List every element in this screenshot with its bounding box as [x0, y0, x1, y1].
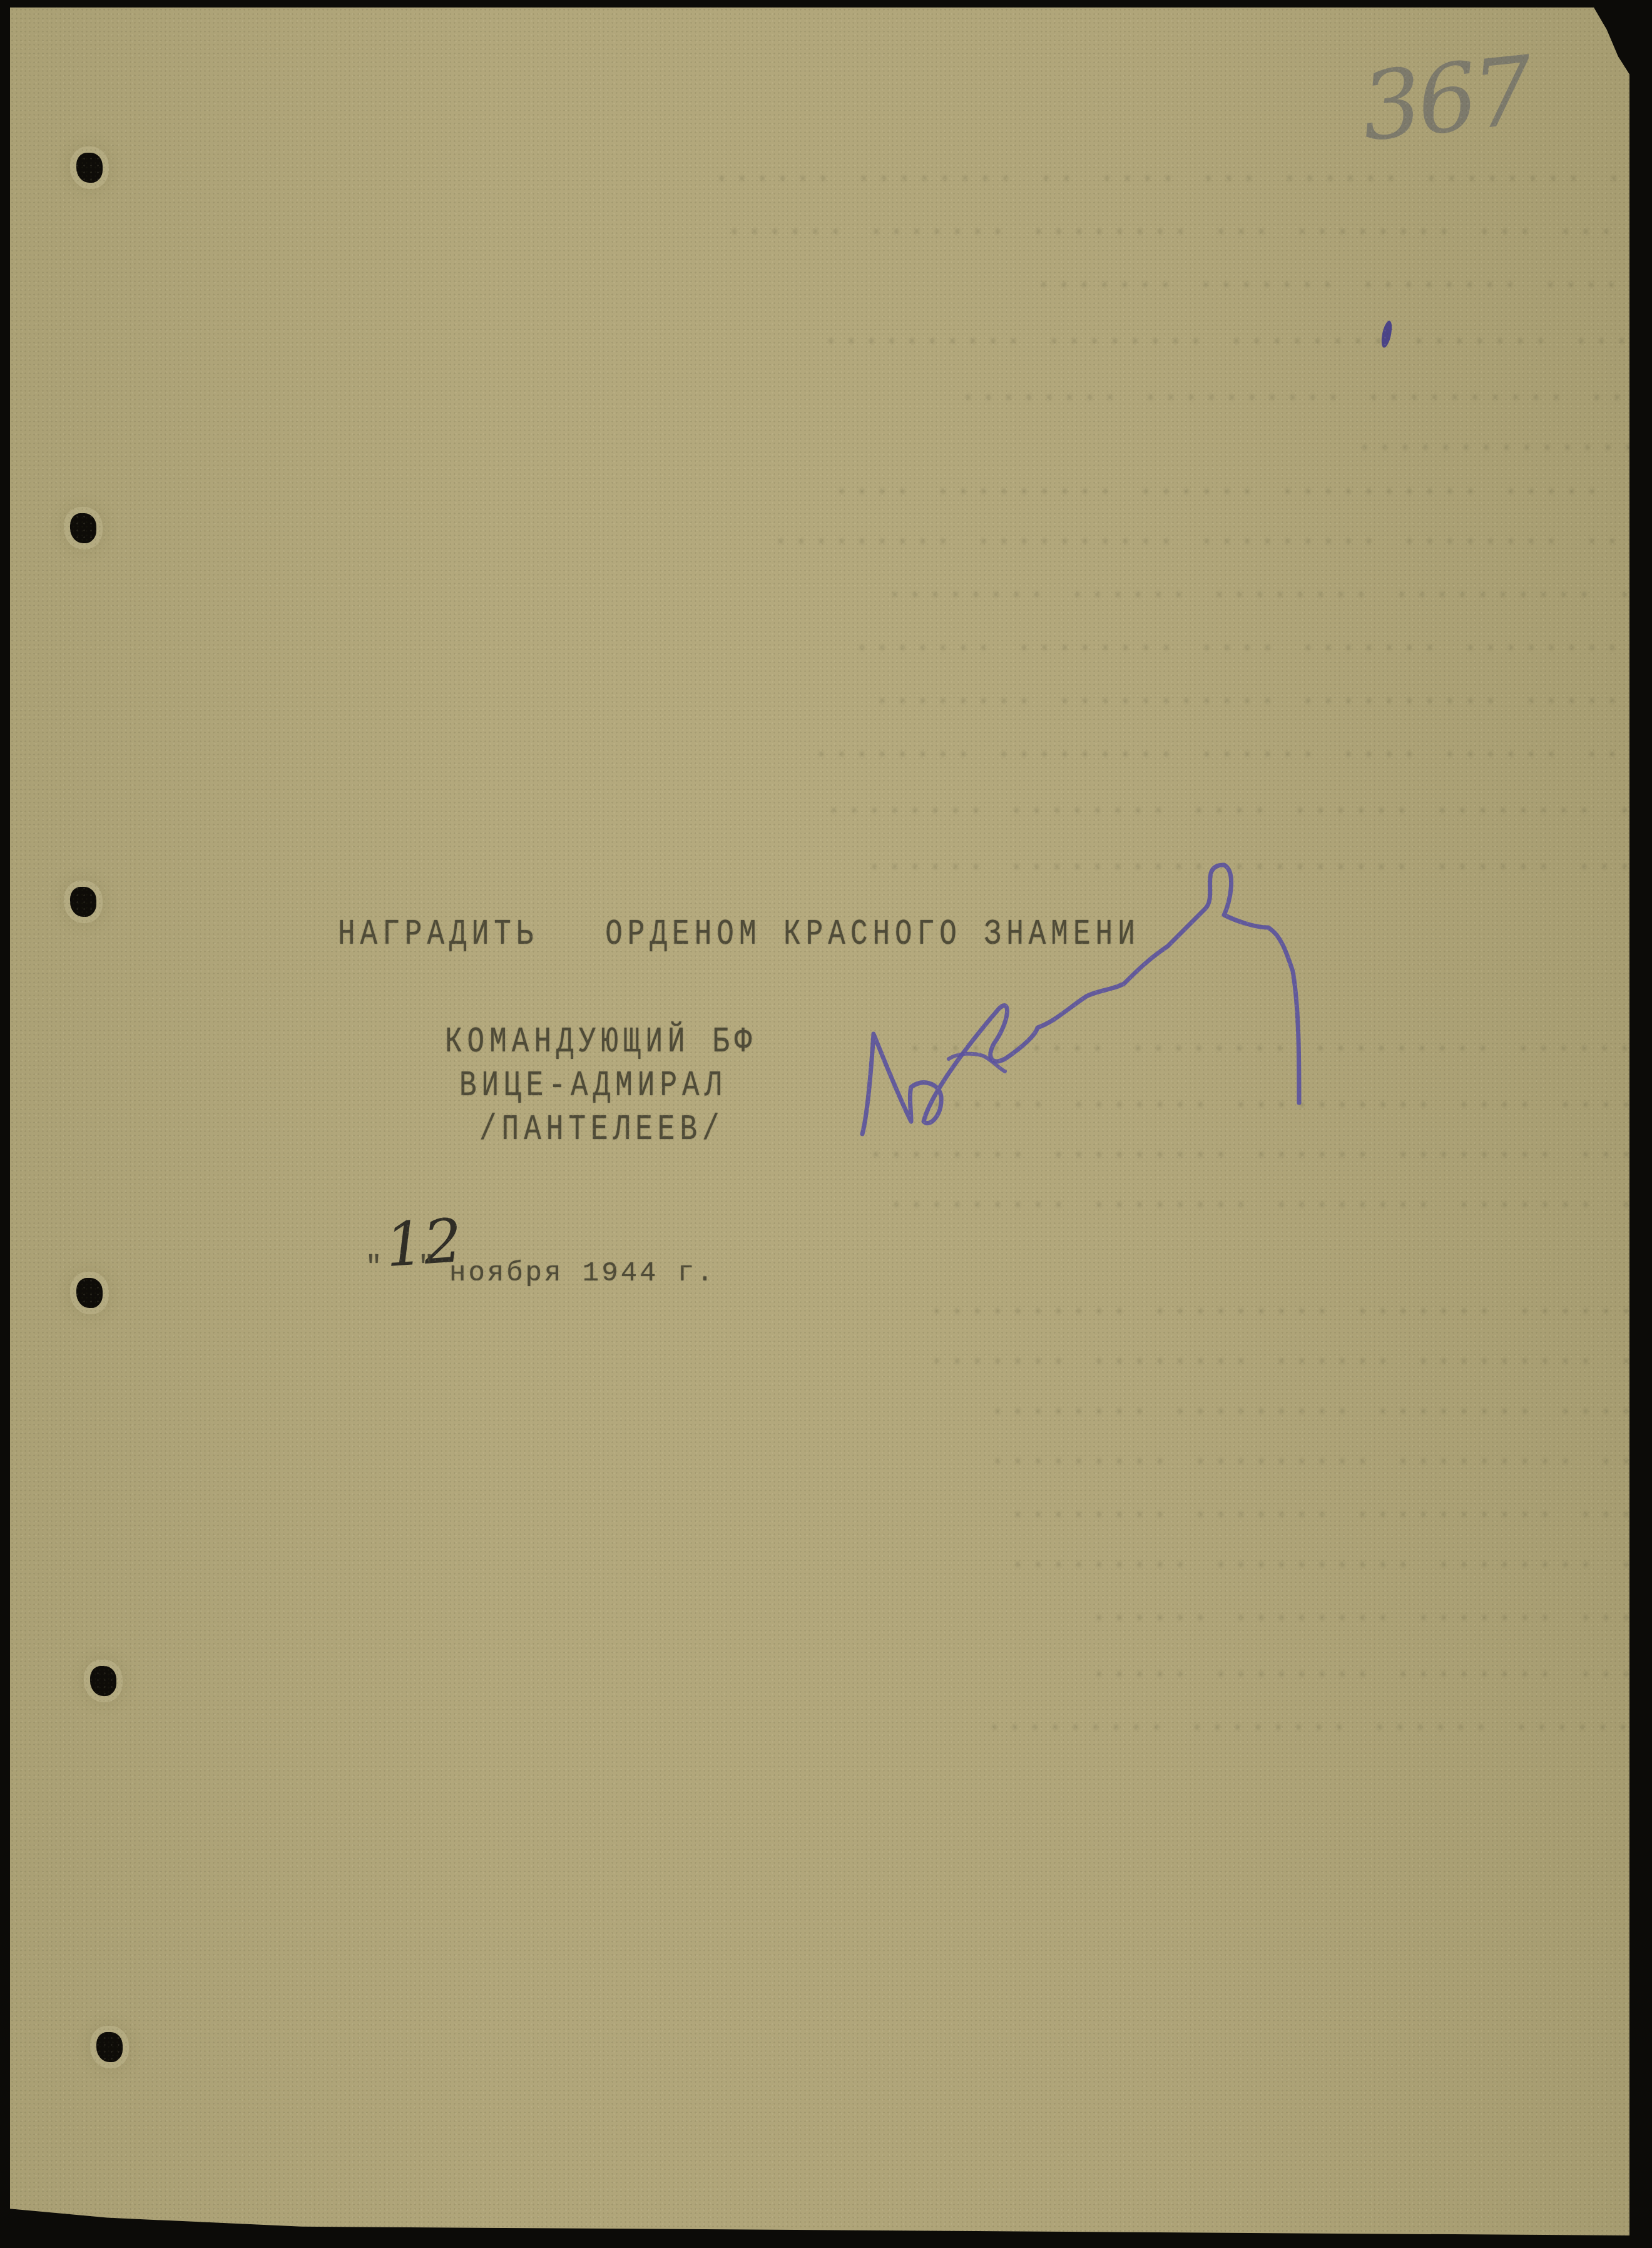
bleed-line: ......... ........ ......... ........ [116, 1391, 1652, 1422]
punch-hole [70, 513, 96, 543]
punch-hole [96, 2032, 123, 2062]
folio-number: 367 [1357, 36, 1535, 162]
bleed-line: ... ... .. ........ ...... ... .... .. .… [185, 158, 1652, 189]
bleed-line: ........ ........ ........ ..... [116, 1653, 1652, 1685]
punch-hole [76, 153, 103, 183]
bleed-line: ....... .......... ........ ...... .....… [135, 574, 1652, 605]
punch-hole [70, 887, 96, 917]
bleed-line: ...... ..... .......... ...... .........… [123, 471, 1652, 502]
bleed-line: ........ ........ ......... .......... .… [123, 521, 1652, 552]
signatory-position-line1: КОМАНДУЮЩИЙ БФ [445, 1021, 757, 1062]
bleed-line: ........ ...... .... ...... ......... ..… [123, 733, 1652, 765]
bleed-line: ........... .......... ........... .....… [123, 680, 1652, 712]
bleed-line: ........ .......... ....... ........ [116, 1494, 1652, 1525]
bleed-line: ........ ....... ........ ...... [116, 1597, 1652, 1628]
bleed-line: ...... .... ....... ........ ........ ..… [173, 320, 1652, 352]
bleed-line: ......... ...... ........ ......... [73, 1707, 1652, 1738]
bleed-line: ........ .. .............. [260, 427, 1652, 458]
punch-hole [76, 1278, 103, 1308]
bleed-line: ........... ....... ......... .......... [116, 1290, 1652, 1322]
document-page: ... ... .. ........ ...... ... .... .. .… [10, 8, 1629, 2235]
bleed-line: ......... .......... .......... ........ [148, 377, 1652, 408]
bleed-line: ....... ......... [573, 1923, 1652, 1954]
date-close-quote: " [418, 1252, 437, 1283]
signature [849, 846, 1349, 1234]
signatory-position-line2: ВИЦЕ-АДМИРАЛ [459, 1065, 727, 1106]
signatory-name: /ПАНТЕЛЕЕВ/ [479, 1109, 725, 1150]
date-month-year: ноября 1944 г. [449, 1258, 716, 1289]
bleed-line: .......... .. ......... ........ .......… [385, 264, 1652, 295]
bleed-line: .... ......... ....... .... ........ ...… [123, 627, 1652, 658]
bleed-line: ...... ......... ...... ........ ....... [116, 1341, 1652, 1372]
bleed-line: ....... ......... ......... ......... [116, 1441, 1652, 1472]
bleed-line: .... .... ... ... ........ ... ........ … [198, 211, 1652, 242]
punch-hole [90, 1666, 116, 1696]
bleed-line: ....... ........ ...... .... ........ ..… [135, 790, 1652, 821]
date-open-quote: " [365, 1252, 384, 1283]
bleed-line: ...... ........ .......... ......... [116, 1544, 1652, 1575]
bleed-line: ....... ...... [636, 1954, 1652, 1985]
